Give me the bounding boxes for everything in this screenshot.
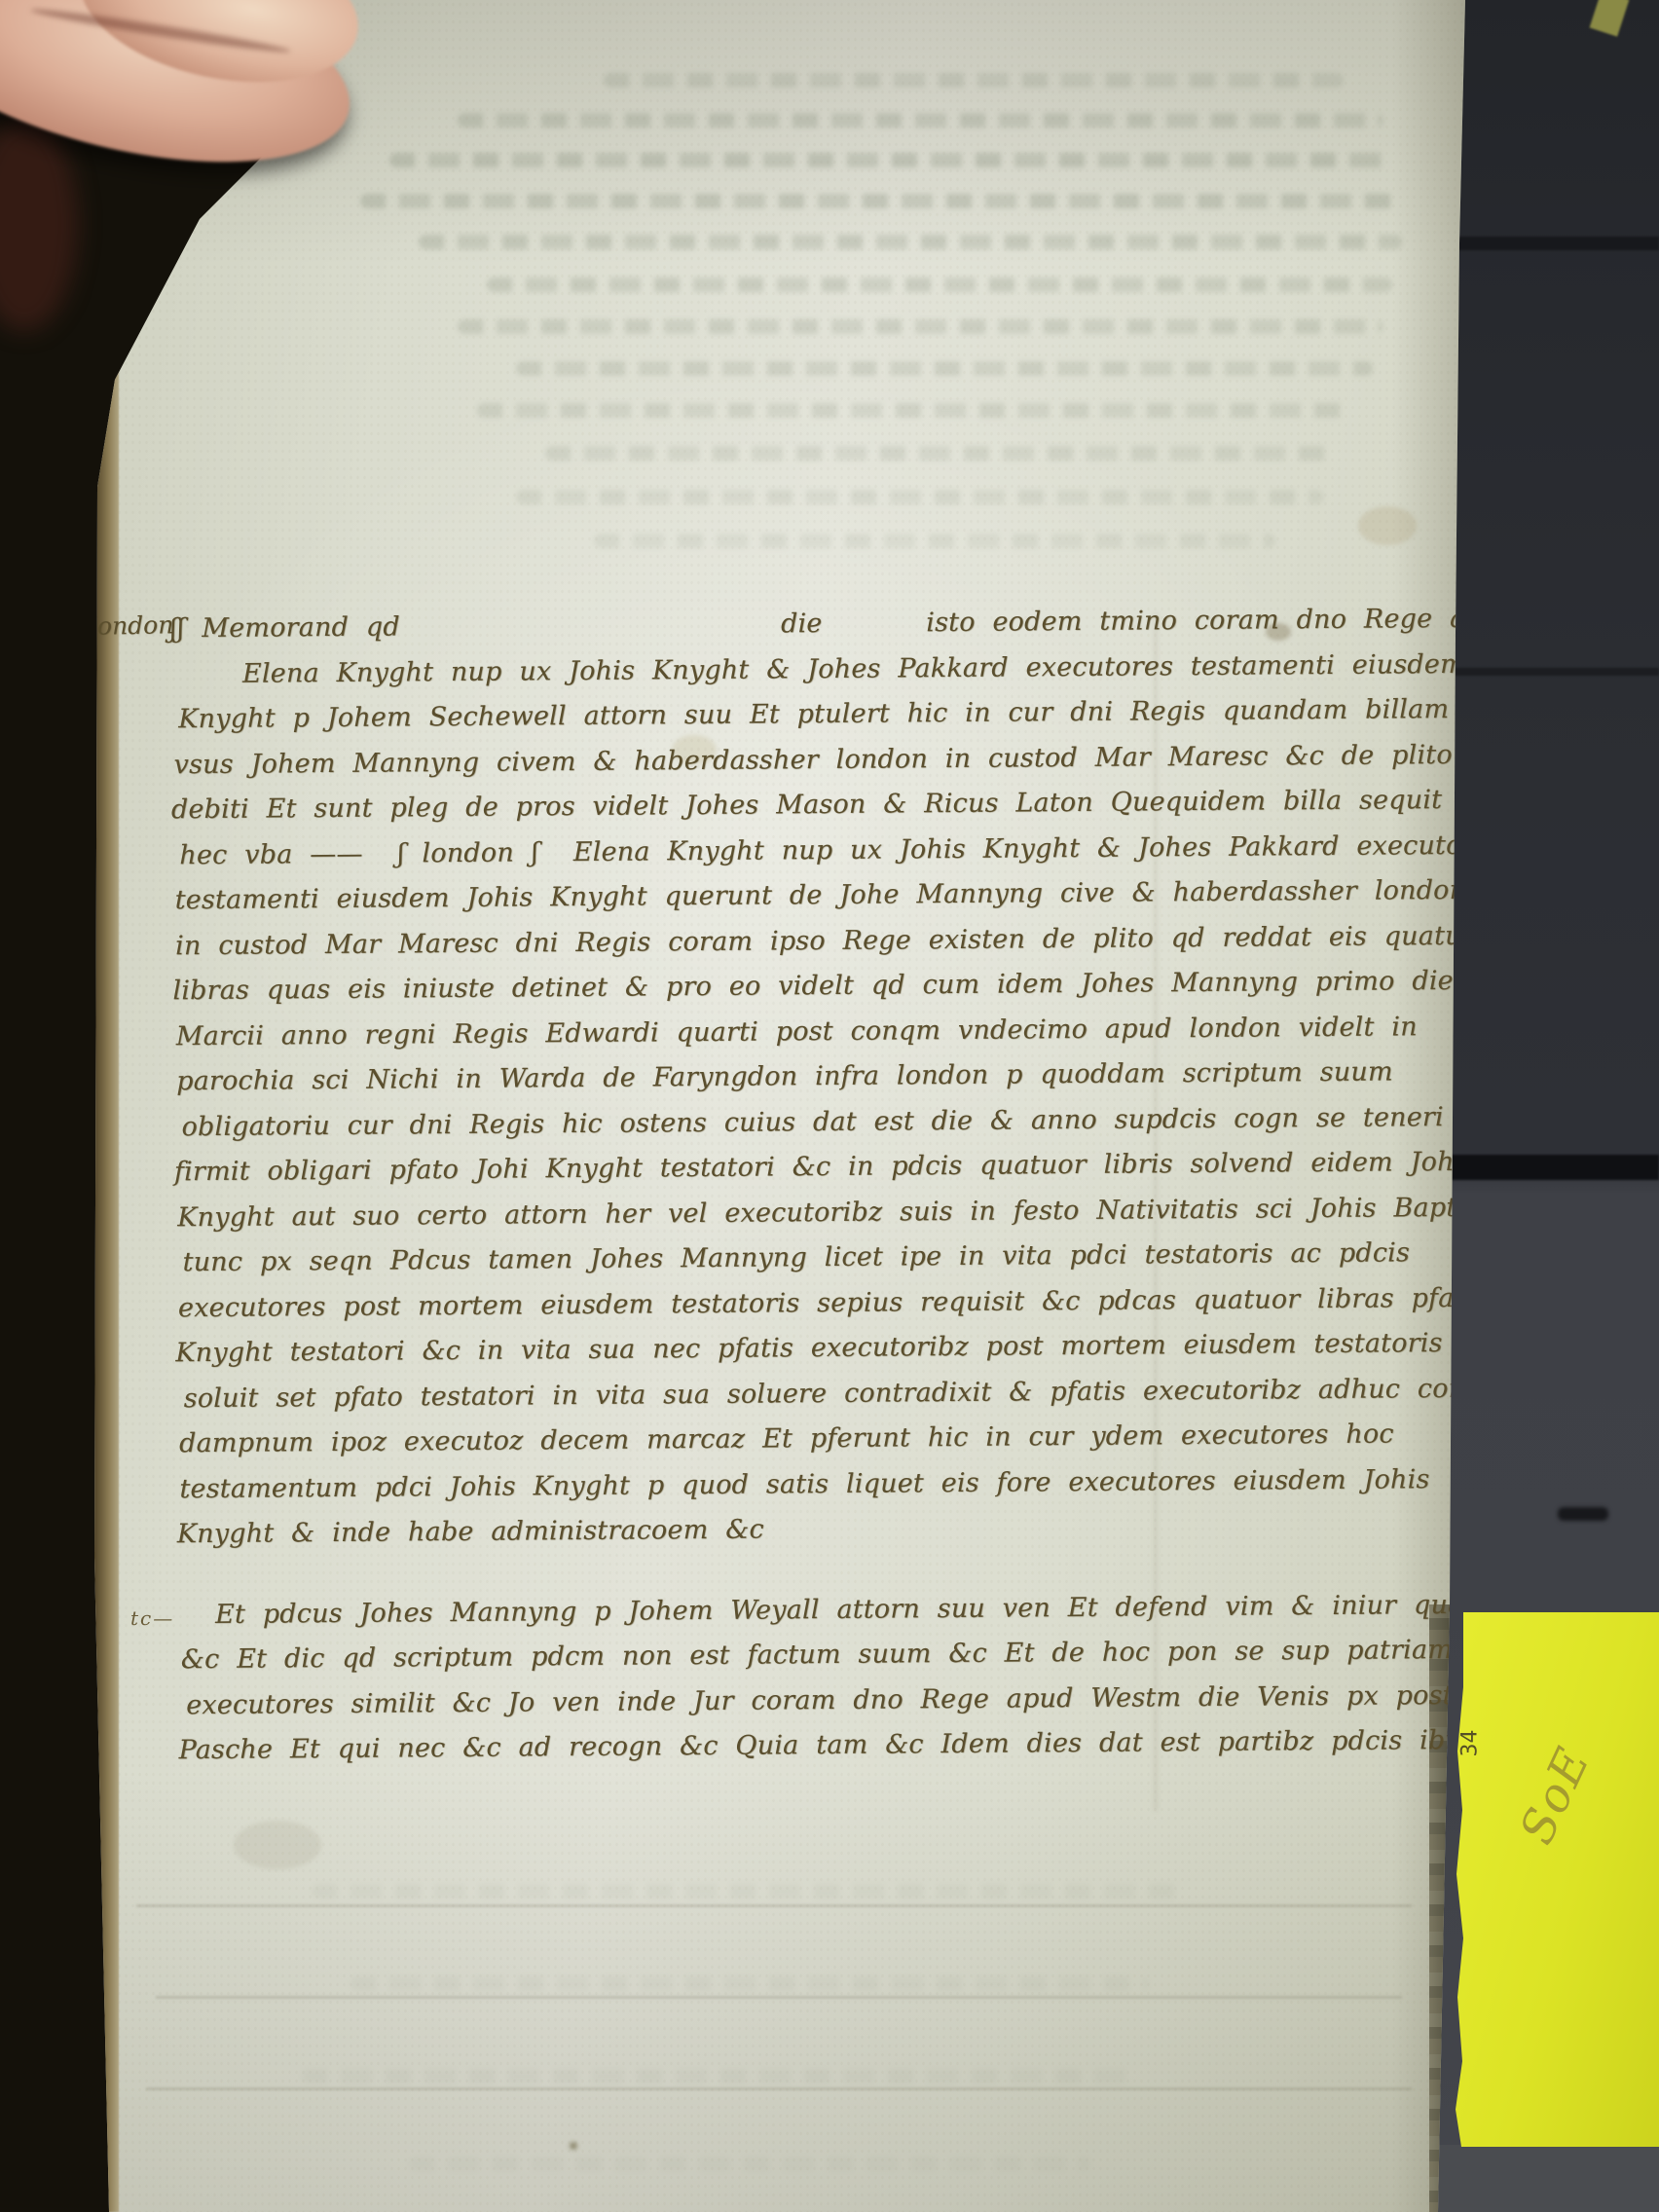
- show-through-line: [389, 153, 1392, 167]
- parchment-speck: [570, 2142, 577, 2150]
- page-binding-edge: [86, 312, 119, 2212]
- show-through-line: [516, 490, 1324, 504]
- show-through-line: [545, 446, 1334, 461]
- parchment-stain: [234, 1821, 321, 1869]
- margin-mark: tc—: [130, 1606, 174, 1630]
- hand-crease: [30, 5, 291, 56]
- show-through-line: [594, 534, 1275, 548]
- show-through-line: [419, 235, 1402, 249]
- show-through-line: [477, 403, 1353, 418]
- show-through-line: [409, 2157, 1090, 2171]
- manuscript-text-block: ʃʃ Memorand qd die isto eodem tmino cora…: [172, 597, 1486, 1774]
- background-smudge: [1558, 1507, 1608, 1521]
- handwritten-initials: SoE: [1509, 1739, 1601, 1853]
- manuscript-page: london ʃʃ Memorand qd die isto eodem tmi…: [0, 0, 1659, 2212]
- parchment-crease: [156, 1996, 1402, 1999]
- show-through-line: [458, 319, 1382, 334]
- parchment-crease: [146, 2087, 1412, 2090]
- margin-county-heading: london: [90, 610, 174, 641]
- show-through-line: [350, 1976, 1149, 1991]
- show-through-line: [487, 277, 1392, 292]
- parchment-crease: [136, 1904, 1412, 1907]
- parchment-stain: [1358, 506, 1417, 545]
- folio-number: 34: [1458, 1718, 1483, 1757]
- show-through-line: [516, 361, 1373, 376]
- show-through-line: [458, 113, 1382, 128]
- manuscript-line: Knyght & inde habe administracoem &c: [177, 1502, 1482, 1558]
- show-through-line: [604, 73, 1344, 88]
- show-through-line: [312, 1884, 1188, 1899]
- archive-photograph: london ʃʃ Memorand qd die isto eodem tmi…: [0, 0, 1659, 2212]
- hand-shadow: [0, 117, 78, 331]
- background-lower-slab: [1402, 2145, 1659, 2212]
- show-through-line: [302, 2069, 1139, 2083]
- show-through-line: [360, 194, 1402, 208]
- archive-ticket: 5060026KB 27/862Return by (05/06/2008)72…: [1455, 1612, 1659, 2147]
